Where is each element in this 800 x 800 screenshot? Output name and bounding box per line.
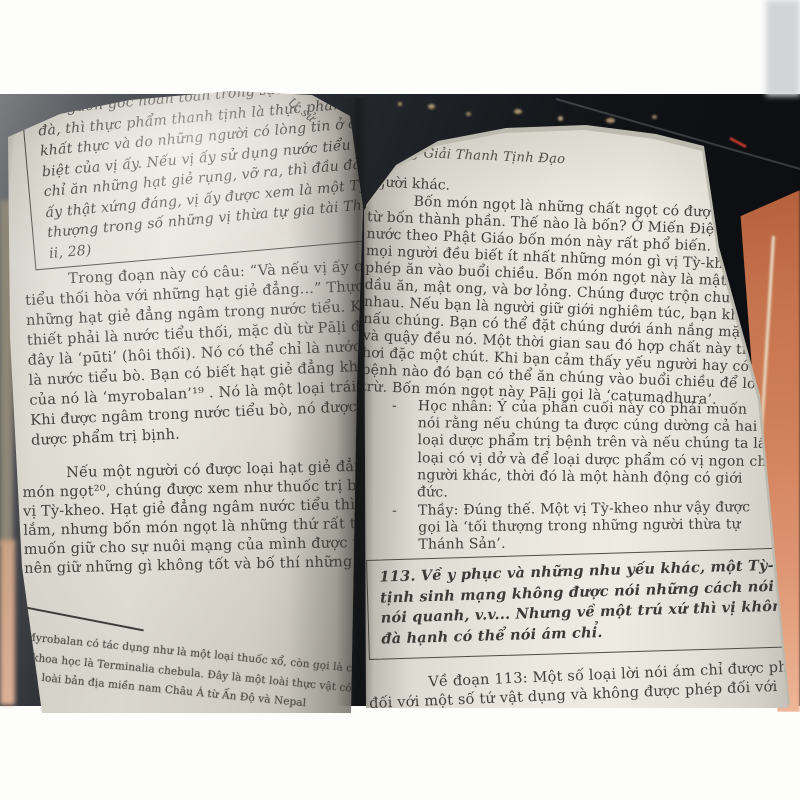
left-page: U. sử có nguồn gốc hoàn toàn trong sạch.… (0, 85, 368, 713)
dialogue-teacher: - Thầy: Đúng thế. Một vị Tỳ-kheo như vậy… (392, 499, 751, 554)
dialogue-student-lines: Học nhân: Ý của phần cuối này có phải mu… (417, 398, 776, 505)
footnote-separator (18, 605, 144, 631)
background-corner-shadow (766, 0, 800, 96)
dialogue-student: - Học nhân: Ý của phần cuối này có phải … (391, 398, 776, 505)
debris-speck (558, 116, 563, 121)
debris-speck (514, 109, 522, 114)
dialogue-dash: - (392, 398, 418, 415)
debris-speck (606, 118, 615, 123)
debris-speck (428, 104, 435, 109)
dialogue-teacher-lines: Thầy: Đúng thế. Một vị Tỳ-kheo như vậy đ… (418, 499, 751, 554)
debris-speck (398, 102, 402, 106)
dialogue-dash: - (392, 503, 418, 520)
quote-box: có nguồn gốc hoàn toàn trong sạch. Với n… (20, 61, 406, 271)
finger-edge-sliver (0, 540, 15, 705)
section-113-box: 113. Về y phục và những nhu yếu khác, mộ… (366, 547, 793, 660)
debris-speck (466, 112, 471, 116)
photo-open-book: U. sử có nguồn gốc hoàn toàn trong sạch.… (0, 0, 800, 800)
debris-speck (652, 115, 657, 119)
right-page-paragraph-2: Về đoạn 113: Một số loại lời nói ám chỉ … (368, 658, 800, 714)
